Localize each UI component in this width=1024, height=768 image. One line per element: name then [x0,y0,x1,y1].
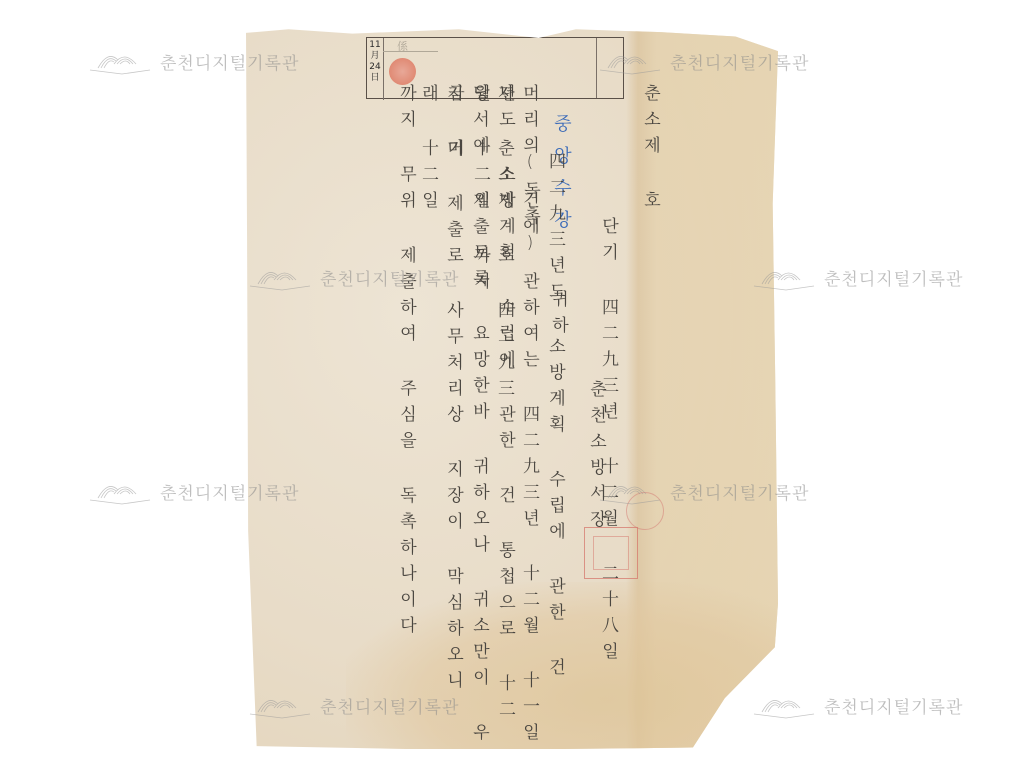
archive-watermark: 춘천디지털기록관 [752,690,963,720]
body-line-4: 지 미 제출로 사무처리상 지장이 막심하오니 래 十二일 [416,84,466,749]
received-date: 11月 24日 [367,38,384,100]
stamp-faint-label: 係 [397,38,408,54]
archive-watermark: 춘천디지털기록관 [752,262,963,292]
body-line-5: 까지 무위 제출하여 주심을 독촉하나이다 [394,84,419,642]
archive-logo-icon [752,690,816,720]
red-round-seal [626,492,664,530]
stamp-right-column [596,38,623,98]
sender: 춘천소방서장 [584,380,609,536]
archival-document-page: 11月 24日 係 춘소제 호 단기 四二九三년 十二월 二十八일 춘천소방서장… [246,22,778,749]
stamp-divider [383,51,438,52]
archive-logo-icon [88,476,152,506]
red-square-seal [584,527,638,579]
archive-logo-icon [88,46,152,76]
watermark-text: 춘천디지털기록관 [824,265,963,290]
doc-number: 춘소제 호 [638,84,663,217]
red-seal-mark [389,58,416,85]
watermark-text: 춘천디지털기록관 [824,693,963,718]
